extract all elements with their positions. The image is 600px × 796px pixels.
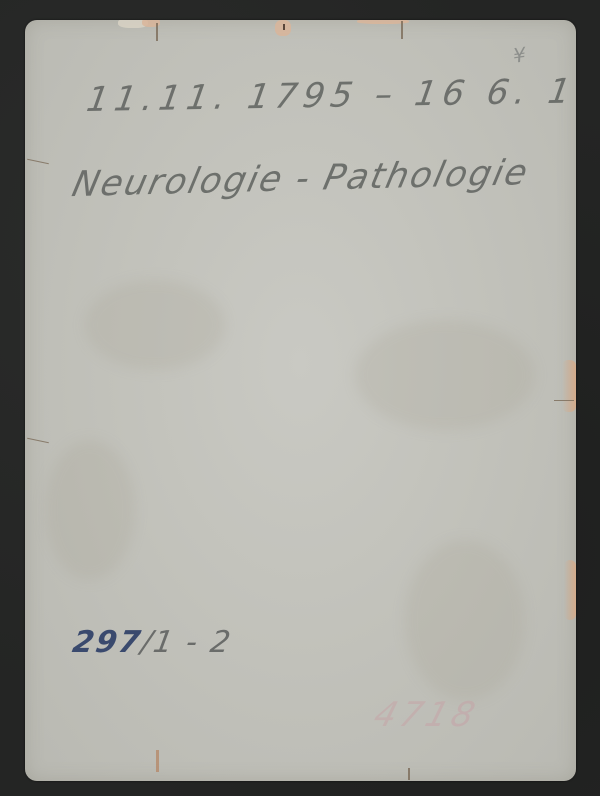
right-edge-wear: [562, 360, 576, 412]
surface-stain: [355, 320, 535, 430]
mounting-mark: [156, 23, 158, 41]
mounting-mark: [401, 21, 403, 39]
subject-annotation: Neurologie - Pathologie: [69, 153, 533, 205]
edge-mark: [27, 159, 49, 165]
mounting-mark: [156, 750, 159, 772]
pink-pencil-number: 4718: [369, 695, 483, 735]
accession-ink-part: 297: [70, 625, 145, 660]
edge-mark: [554, 400, 574, 401]
accession-pencil-part: /1 - 2: [139, 625, 235, 660]
edge-mark: [27, 438, 49, 444]
right-edge-wear: [564, 560, 576, 620]
surface-stain: [85, 280, 225, 370]
mounting-mark: [408, 768, 410, 780]
corner-pencil-mark: ¥: [511, 42, 527, 68]
surface-stain: [45, 440, 135, 580]
surface-stain: [405, 540, 525, 700]
accession-number: 297/1 - 2: [70, 625, 235, 660]
mounting-mark: [283, 24, 285, 30]
archival-card: ¥ 11.11. 1795 – 16 6. 1873 Neurologie - …: [25, 20, 576, 781]
life-dates-annotation: 11.11. 1795 – 16 6. 1873: [84, 70, 576, 120]
